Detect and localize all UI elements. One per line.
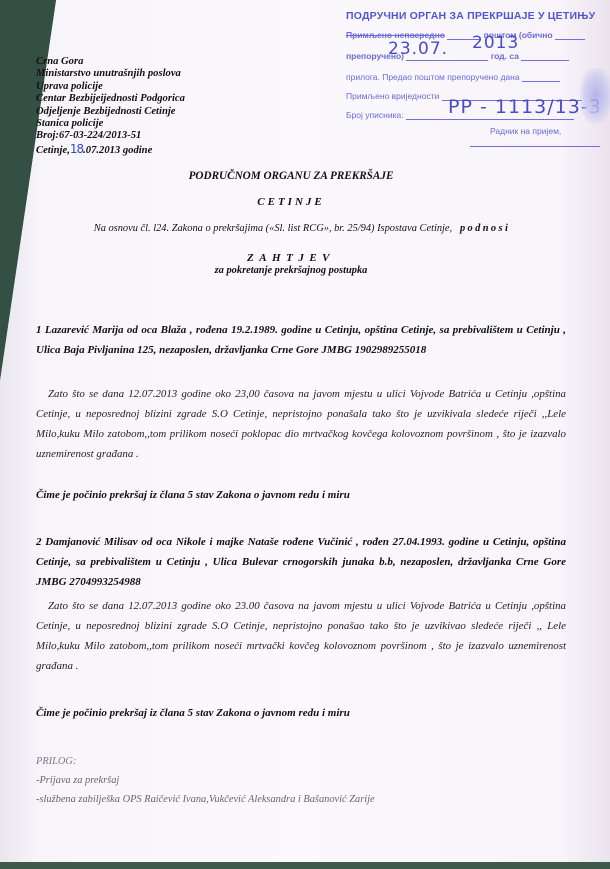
stamp-line: [555, 31, 585, 40]
accused-1-conclusion: Čime je počinio prekršaj iz člana 5 stav…: [36, 489, 566, 501]
reception-stamp: ПОДРУЧНИ ОРГАН ЗА ПРЕКРШАЈЕ У ЦЕТИЊУ При…: [340, 6, 610, 140]
accused-1-identity: 1 Lazarević Marija od oca Blaža , rođena…: [36, 320, 566, 360]
document-date: Cetinje,18.07.2013 godine: [36, 143, 185, 157]
accused-2-facts: Zato što se dana 12.07.2013 godine oko 2…: [36, 596, 566, 676]
stamp-signature-label: Радник на пријем,: [490, 126, 561, 136]
addressee-organ: PODRUČNOM ORGANU ZA PREKRŠAJE: [0, 170, 596, 182]
handwritten-day: 18: [70, 142, 83, 156]
date-prefix: Cetinje,: [36, 145, 70, 156]
legal-basis-text: Na osnovu čl. l24. Zakona o prekršajima …: [94, 223, 452, 234]
stamp-row-registered: препоручено) год. са: [346, 51, 569, 61]
header-line: Stanica policije: [36, 118, 185, 130]
document-title: ZAHTJEV: [0, 252, 596, 264]
legal-basis-verb: podnosi: [460, 223, 510, 234]
header-line: Uprava policije: [36, 81, 185, 93]
handwritten-received-year: 2013: [472, 33, 519, 53]
stamp-row-received: Примљено непосредно поштом (обично: [346, 30, 585, 40]
stamp-title: ПОДРУЧНИ ОРГАН ЗА ПРЕКРШАЈЕ У ЦЕТИЊУ: [346, 10, 595, 22]
document-subtitle: za pokretanje prekršajnog postupka: [0, 265, 596, 276]
accused-2-conclusion: Čime je počinio prekršaj iz člana 5 stav…: [36, 707, 566, 719]
stamp-row-text: прилога. Предао поштом препоручено дана: [346, 72, 520, 82]
accused-2-identity: 2 Damjanović Milisav od oca Nikole i maj…: [36, 532, 566, 592]
stamp-signature-line: [470, 137, 600, 147]
header-line: Ministarstvo unutrašnjih poslova: [36, 68, 185, 80]
addressee-city: CETINJE: [0, 196, 596, 208]
date-suffix: .07.2013 godine: [83, 145, 152, 156]
stamp-row-text: Примљено вриједности: [346, 91, 439, 101]
stamp-line: [521, 52, 569, 61]
header-line: Crna Gora: [36, 56, 185, 68]
stamp-line: [522, 73, 560, 82]
header-line: Centar Bezbijeijednosti Podgorica: [36, 93, 185, 105]
stamp-row-text: Број уписника:: [346, 110, 404, 120]
accused-1-facts: Zato što se dana 12.07.2013 godine oko 2…: [36, 384, 566, 464]
scan-edge: [0, 862, 610, 869]
attachment-item: -službena zabilješka OPS Raičević Ivana,…: [36, 790, 375, 809]
sender-header: Crna Gora Ministarstvo unutrašnjih poslo…: [36, 56, 185, 157]
attachments-label: PRILOG:: [36, 752, 375, 771]
handwritten-case-number: PP - 1113/13-3: [448, 96, 602, 118]
attachment-item: -Prijava za prekršaj: [36, 771, 375, 790]
header-line: Odjeljenje Bezbijednosti Cetinje: [36, 106, 185, 118]
handwritten-received-date: 23.07.: [388, 39, 448, 59]
stamp-row-attachments: прилога. Предао поштом препоручено дана: [346, 72, 560, 82]
reference-number: Broj:67-03-224/2013-51: [36, 130, 185, 142]
stamp-ink-smudge: [580, 68, 610, 123]
attachments: PRILOG: -Prijava za prekršaj -službena z…: [36, 752, 375, 809]
legal-basis: Na osnovu čl. l24. Zakona o prekršajima …: [0, 223, 607, 234]
stamp-line: [470, 145, 600, 147]
